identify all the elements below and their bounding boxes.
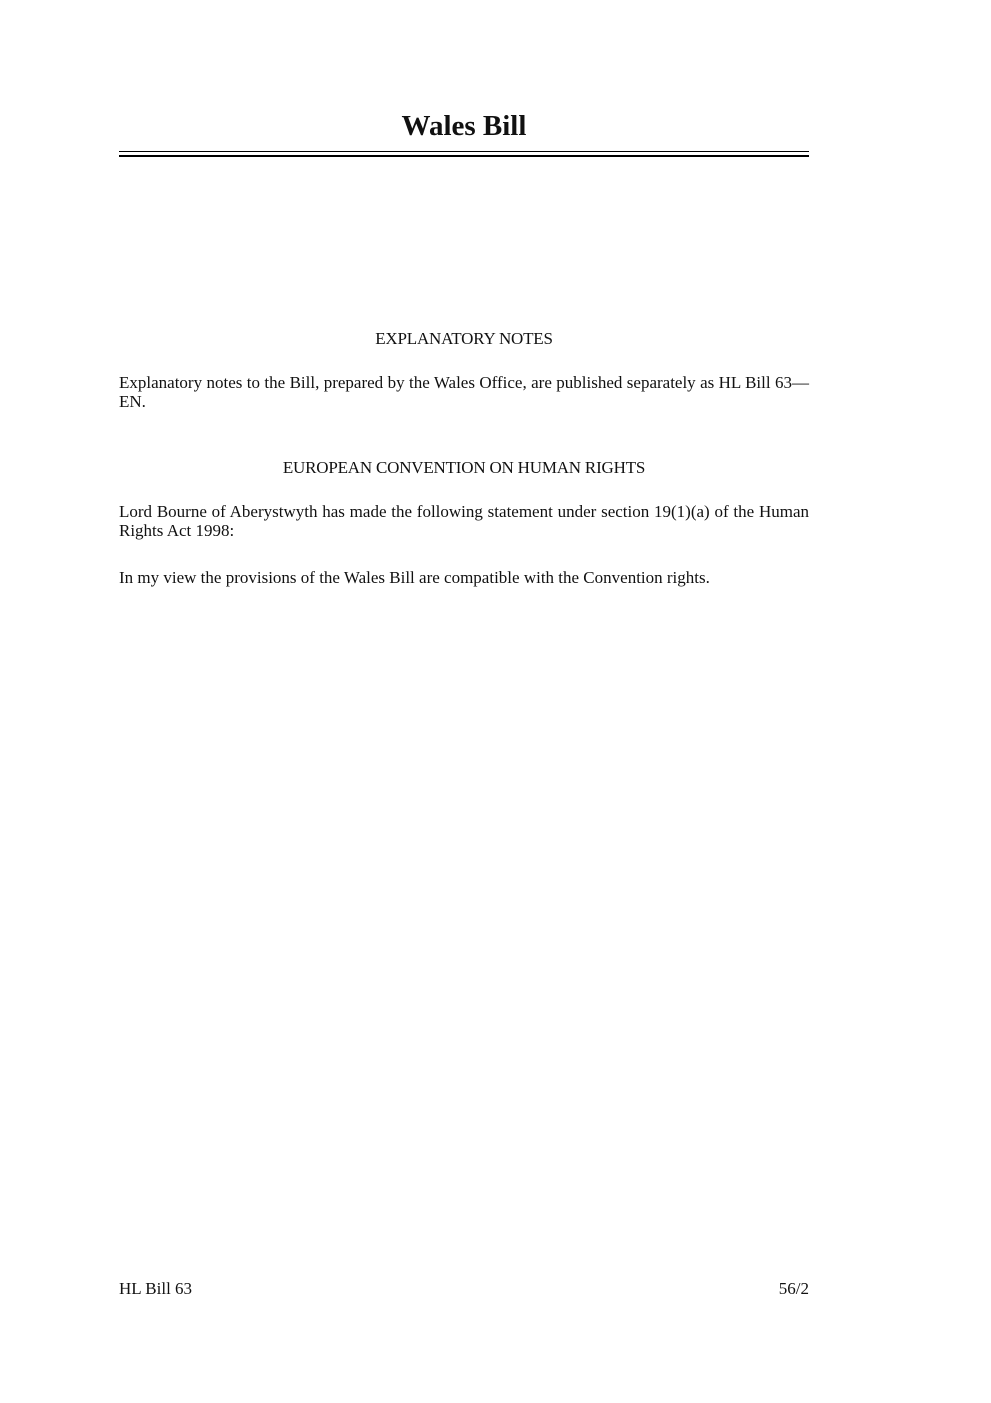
explanatory-notes-paragraph: Explanatory notes to the Bill, prepared … bbox=[119, 373, 809, 411]
document-page: Wales Bill EXPLANATORY NOTES Explanatory… bbox=[119, 0, 809, 1403]
section-heading-echr: EUROPEAN CONVENTION ON HUMAN RIGHTS bbox=[119, 458, 809, 478]
section-heading-explanatory-notes: EXPLANATORY NOTES bbox=[119, 329, 809, 349]
footer-print-ref: 56/2 bbox=[779, 1279, 809, 1299]
title-rule-thin bbox=[119, 151, 809, 152]
title-rule-thick bbox=[119, 155, 809, 157]
echr-statement-intro: Lord Bourne of Aberystwyth has made the … bbox=[119, 502, 809, 540]
echr-statement: In my view the provisions of the Wales B… bbox=[119, 568, 809, 587]
footer-bill-number: HL Bill 63 bbox=[119, 1279, 192, 1299]
bill-title: Wales Bill bbox=[119, 110, 809, 143]
